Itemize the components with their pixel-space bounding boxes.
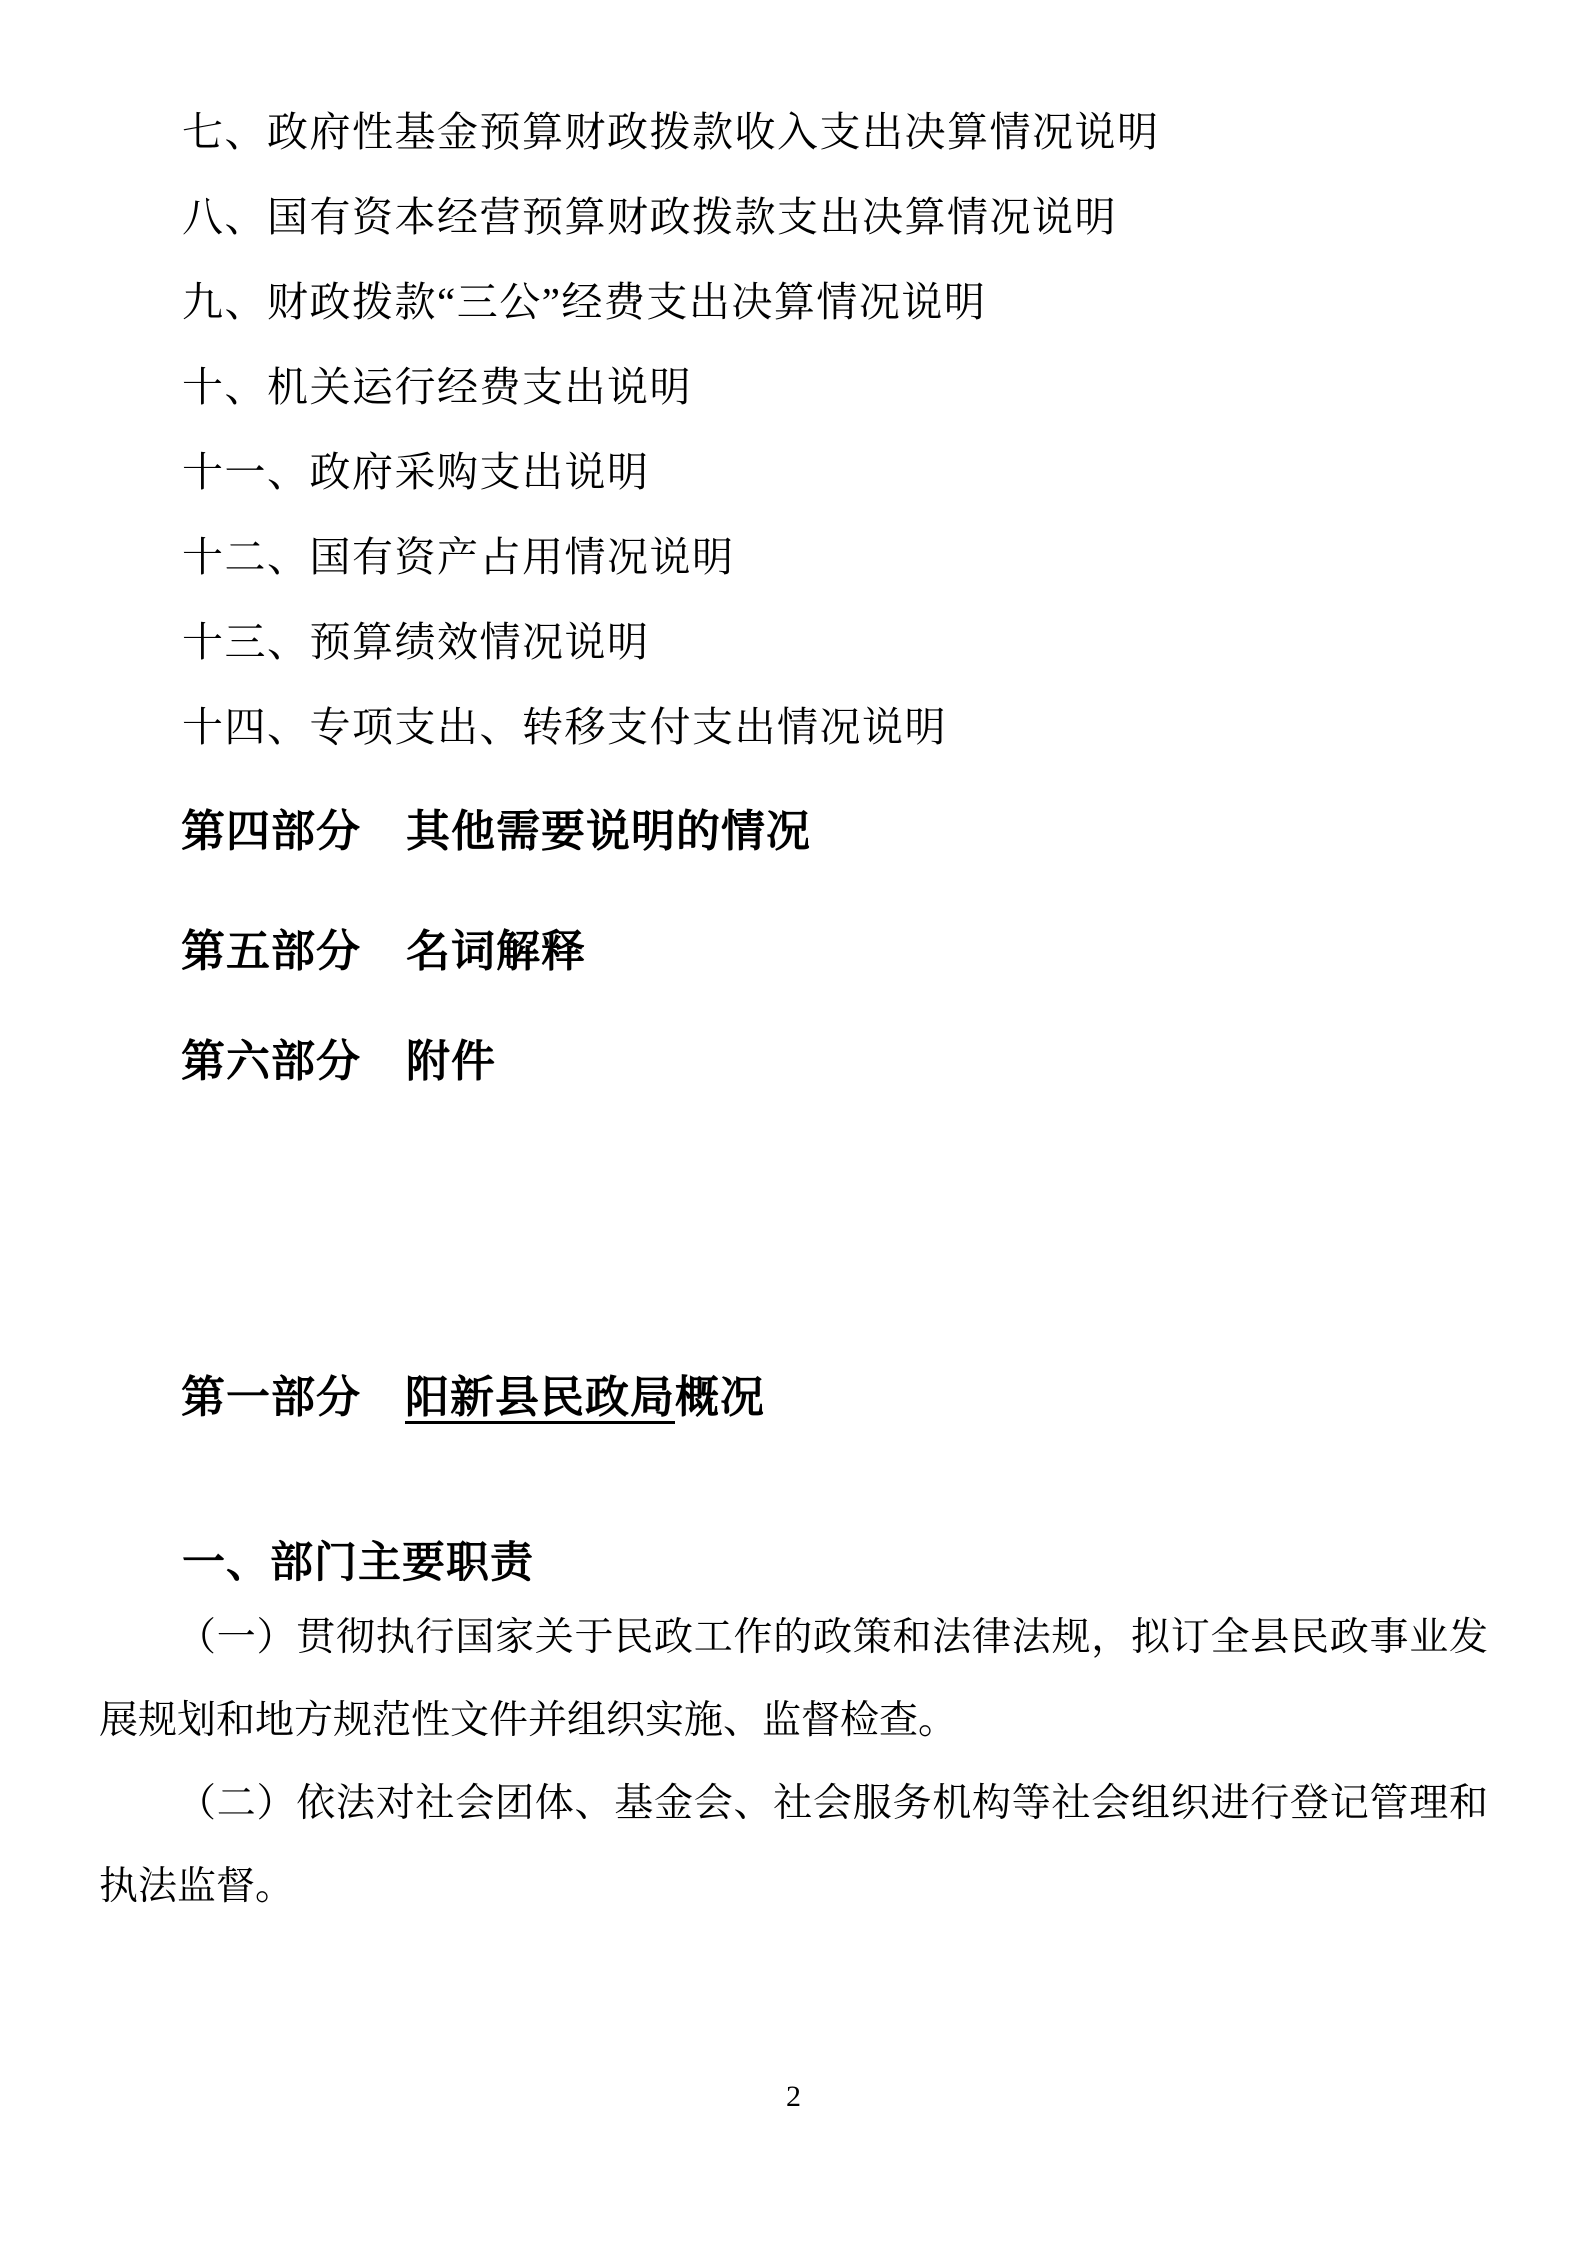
toc-item-14: 十四、专项支出、转移支付支出情况说明 — [182, 685, 1160, 770]
toc-item-9: 九、财政拨款“三公”经费支出决算情况说明 — [182, 260, 1160, 345]
part-heading-four: 第四部分 其他需要说明的情况 — [181, 810, 811, 854]
toc-item-12: 十二、国有资产占用情况说明 — [182, 515, 1160, 600]
part-one-title-underlined: 阳新县民政局 — [405, 1373, 675, 1422]
page-number: 2 — [0, 2082, 1587, 2112]
toc-item-8: 八、国有资本经营预算财政拨款支出决算情况说明 — [182, 175, 1160, 260]
toc-item-10: 十、机关运行经费支出说明 — [182, 345, 1160, 430]
section-one-body: （一）贯彻执行国家关于民政工作的政策和法律法规，拟订全县民政事业发展规划和地方规… — [99, 1596, 1488, 1928]
section-one-heading: 一、部门主要职责 — [182, 1542, 534, 1585]
paragraph-2: （二）依法对社会团体、基金会、社会服务机构等社会组织进行登记管理和执法监督。 — [99, 1762, 1488, 1928]
paragraph-1: （一）贯彻执行国家关于民政工作的政策和法律法规，拟订全县民政事业发展规划和地方规… — [99, 1596, 1488, 1762]
toc-item-11: 十一、政府采购支出说明 — [182, 430, 1160, 515]
part-one-label: 第一部分 — [181, 1373, 361, 1422]
part-one-title-rest: 概况 — [675, 1373, 765, 1422]
toc-item-7: 七、政府性基金预算财政拨款收入支出决算情况说明 — [182, 90, 1160, 175]
part-heading-six: 第六部分 附件 — [181, 1040, 496, 1084]
toc-list: 七、政府性基金预算财政拨款收入支出决算情况说明 八、国有资本经营预算财政拨款支出… — [182, 90, 1160, 770]
part-heading-five: 第五部分 名词解释 — [181, 930, 586, 974]
document-page: 七、政府性基金预算财政拨款收入支出决算情况说明 八、国有资本经营预算财政拨款支出… — [0, 0, 1587, 2245]
part-one-heading: 第一部分阳新县民政局概况 — [181, 1376, 765, 1420]
toc-item-13: 十三、预算绩效情况说明 — [182, 600, 1160, 685]
